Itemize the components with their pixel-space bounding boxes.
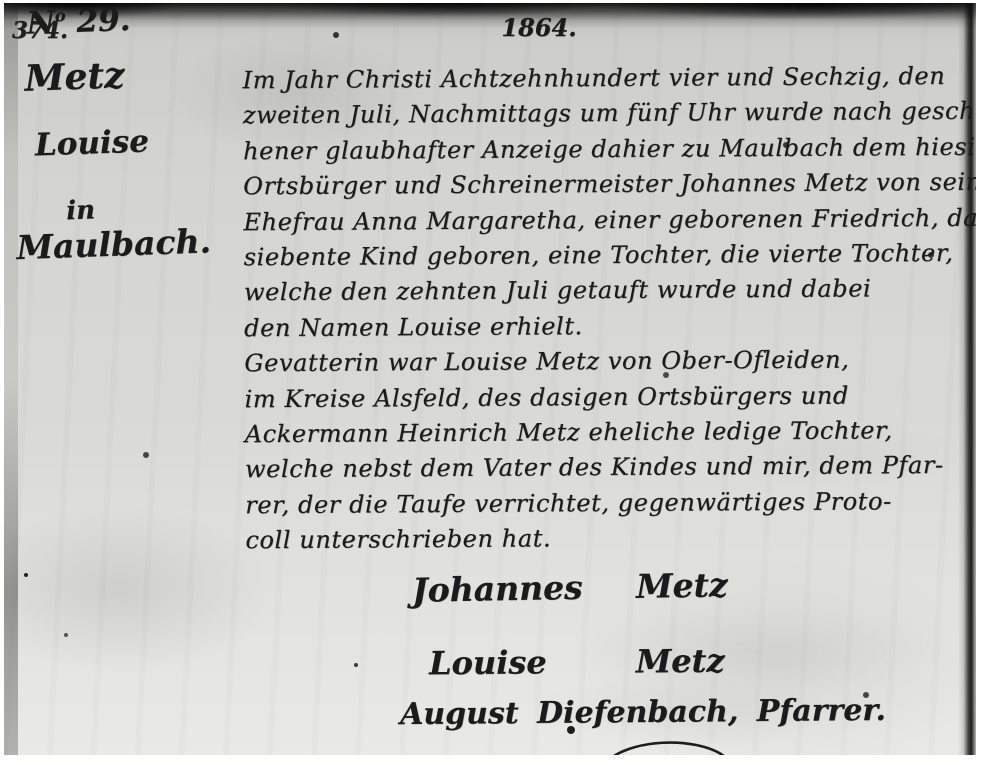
year-heading: 1864. xyxy=(459,13,619,42)
paper-page: 374. 1864. No 29. Metz Louise in Maulbac… xyxy=(4,3,976,755)
record-paragraph-godparent: Gevatterin war Louise Metz von Ober-Ofle… xyxy=(244,342,976,559)
record-line: coll unterschrieben hat. xyxy=(245,519,976,559)
margin-preposition: in xyxy=(66,195,96,226)
record-paragraph-birth: Im Jahr Christi Achtzehnhundert vier und… xyxy=(242,59,976,347)
entry-number: No 29. xyxy=(26,3,131,42)
margin-surname: Metz xyxy=(24,54,125,99)
record-line: den Namen Louise erhielt. xyxy=(244,307,976,347)
record-line: Gevatterin war Louise Metz von Ober-Ofle… xyxy=(244,342,976,382)
scan-shadow-left xyxy=(4,3,18,755)
record-text-block: Im Jahr Christi Achtzehnhundert vier und… xyxy=(242,59,976,559)
signature-pastor: August Diefenbach, Pfarrer. xyxy=(400,693,886,732)
entry-number-value: 29. xyxy=(76,3,131,40)
paper-specks xyxy=(24,573,28,577)
record-line: Ortsbürger und Schreinermeister Johannes… xyxy=(243,165,976,205)
entry-number-ordinal: o xyxy=(54,6,65,25)
record-line: rer, der die Taufe verrichtet, gegenwärt… xyxy=(245,484,976,524)
record-line: Im Jahr Christi Achtzehnhundert vier und… xyxy=(242,59,976,99)
record-line: Ehefrau Anna Margaretha, einer geborenen… xyxy=(243,200,976,240)
record-line: siebente Kind geboren, eine Tochter, die… xyxy=(244,236,976,276)
entry-number-prefix: N xyxy=(26,5,56,42)
signature-godmother: Louise Metz xyxy=(429,642,725,683)
scanned-register-page: 374. 1864. No 29. Metz Louise in Maulbac… xyxy=(0,0,981,764)
signature-flourish xyxy=(600,736,730,755)
margin-place: Maulbach. xyxy=(16,221,212,267)
signature-father: Johannes Metz xyxy=(412,565,728,610)
record-line: welche nebst dem Vater des Kindes und mi… xyxy=(245,448,976,488)
record-line: Ackermann Heinrich Metz eheliche ledige … xyxy=(245,413,976,453)
margin-given-name: Louise xyxy=(34,123,149,163)
record-line: welche den zehnten Juli getauft wurde un… xyxy=(244,271,976,311)
record-line: im Kreise Alsfeld, des dasigen Ortsbürge… xyxy=(244,377,976,417)
record-line: hener glaubhafter Anzeige dahier zu Maul… xyxy=(243,130,976,170)
record-line: zweiten Juli, Nachmittags um fünf Uhr wu… xyxy=(243,94,976,134)
